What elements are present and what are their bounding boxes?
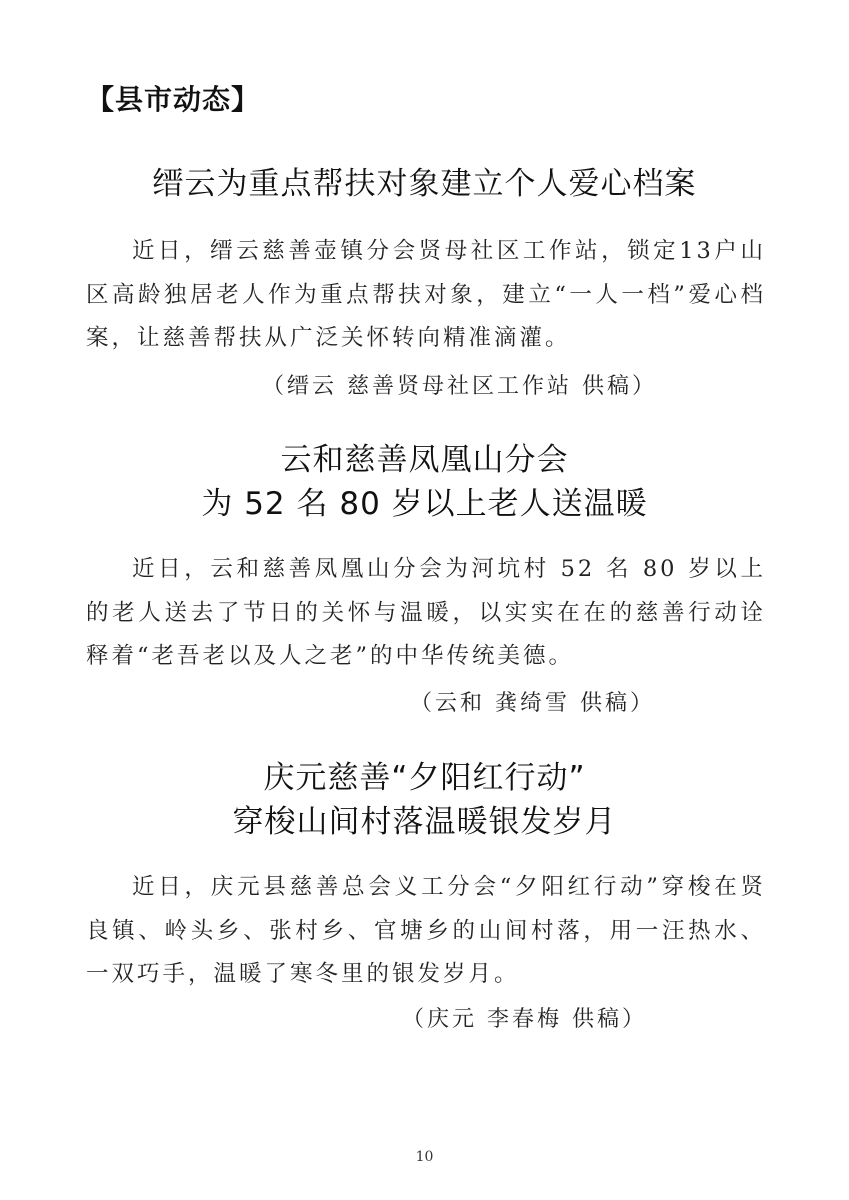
- article-3-title-line-2: 穿梭山间村落温暖银发岁月: [0, 800, 849, 844]
- article-2-title-line-2: 为 52 名 80 岁以上老人送温暖: [0, 482, 849, 526]
- page-number: 10: [0, 1149, 849, 1165]
- article-1-credit: （缙云 慈善贤母社区工作站 供稿）: [262, 369, 657, 400]
- document-page: 【县市动态】 缙云为重点帮扶对象建立个人爱心档案 近日，缙云慈善壶镇分会贤母社区…: [0, 0, 849, 1200]
- article-2-title-line-1: 云和慈善凤凰山分会: [0, 438, 849, 482]
- article-3-body: 近日，庆元县慈善总会义工分会“夕阳红行动”穿梭在贤良镇、岭头乡、张村乡、官塘乡的…: [86, 866, 766, 997]
- article-1-title-line-1: 缙云为重点帮扶对象建立个人爱心档案: [0, 162, 849, 206]
- article-2-body: 近日，云和慈善凤凰山分会为河坑村 52 名 80 岁以上的老人送去了节日的关怀与…: [86, 548, 766, 679]
- article-2-title: 云和慈善凤凰山分会 为 52 名 80 岁以上老人送温暖: [0, 438, 849, 526]
- article-3-credit: （庆元 李春梅 供稿）: [402, 1002, 647, 1033]
- section-tag: 【县市动态】: [86, 78, 260, 118]
- article-1-title: 缙云为重点帮扶对象建立个人爱心档案: [0, 162, 849, 206]
- article-2-credit: （云和 龚绮雪 供稿）: [410, 686, 655, 717]
- article-3-title-line-1: 庆元慈善“夕阳红行动”: [0, 756, 849, 800]
- article-1-body: 近日，缙云慈善壶镇分会贤母社区工作站，锁定13户山区高龄独居老人作为重点帮扶对象…: [86, 230, 766, 361]
- article-3-title: 庆元慈善“夕阳红行动” 穿梭山间村落温暖银发岁月: [0, 756, 849, 844]
